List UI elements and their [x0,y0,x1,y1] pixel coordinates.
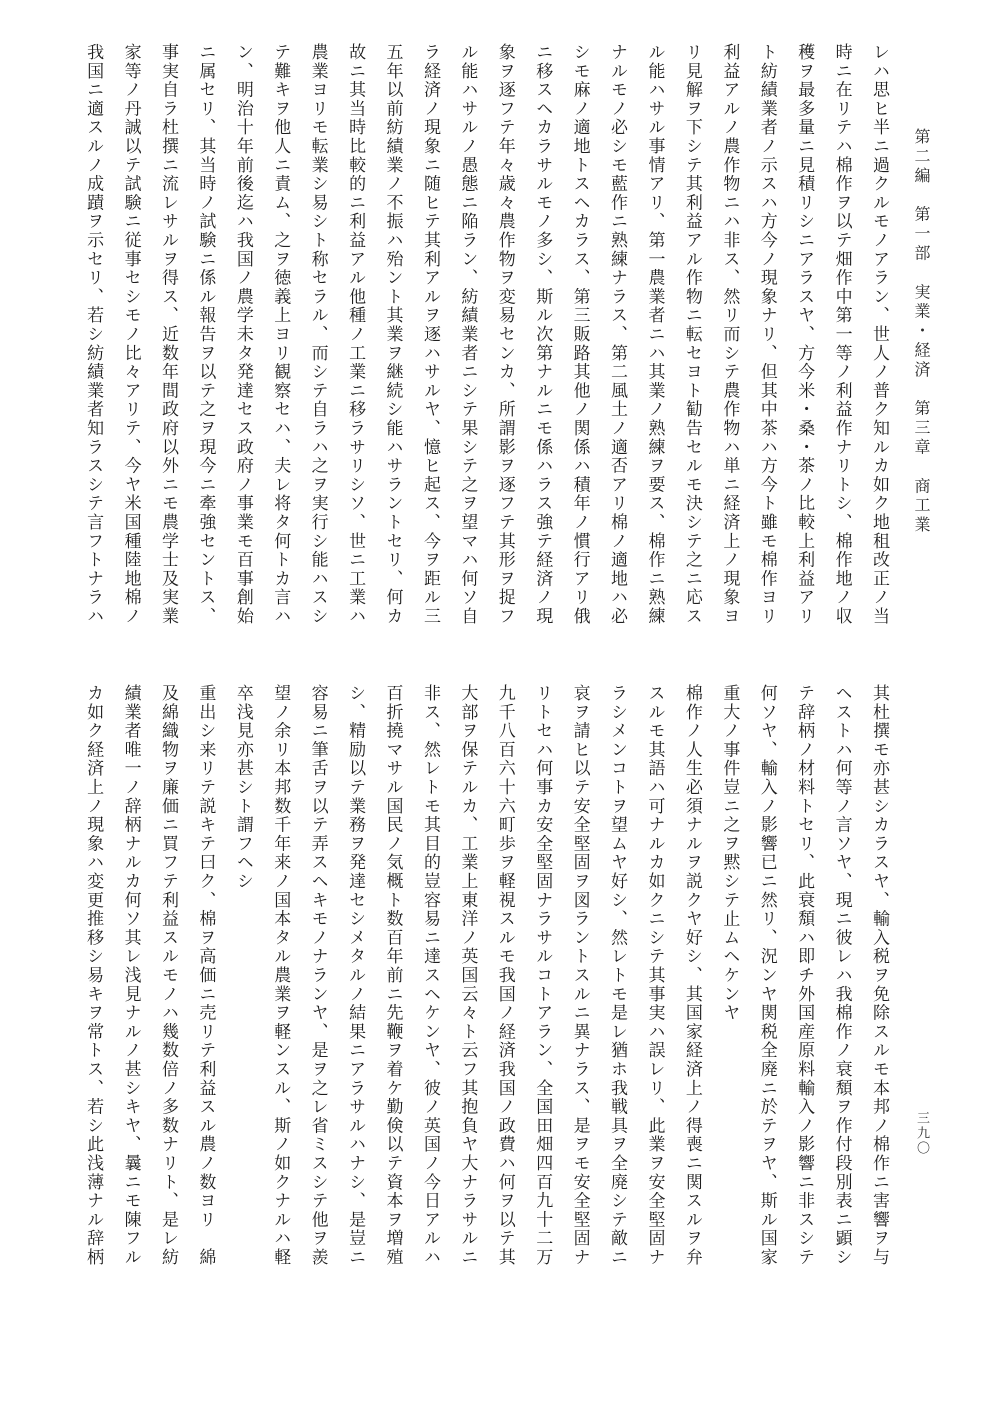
text-column: 事実自ラ杜撰ニ流レサルヲ得ス、近数年間政府以外ニモ農学士及実業 [149,43,186,635]
text-column: ナルモノ必シモ藍作ニ熟練ナラス、第二風土ノ適否アリ棉ノ適地ハ必 [598,43,635,635]
text-column: レハ思ヒ半ニ過クルモノアラン、世人ノ普ク知ルカ如ク地租改正ノ当 [860,43,897,635]
text-column: シモ麻ノ適地トスヘカラス、第三販路其他ノ関係ハ積年ノ慣行アリ俄 [560,43,597,635]
text-column: ル能ハサルノ愚態ニ陥ラン、紡績業者ニシテ果シテ之ヲ望マハ何ソ自 [448,43,485,635]
book-page: 第二編 第一部 実業・経済 第三章 商工業 レハ思ヒ半ニ過クルモノアラン、世人ノ… [0,0,1004,1408]
text-column: 百折撓マサル国民ノ気概ト数百年前ニ先鞭ヲ着ケ勤倹以テ資本ヲ増殖 [373,684,410,1276]
running-header: 第二編 第一部 実業・経済 第三章 商工業 [908,128,934,548]
text-column: 利益アルノ農作物ニハ非ス、然リ而シテ農作物ハ単ニ経済上ノ現象ヨ [710,43,747,635]
text-column: リトセハ何事カ安全堅固ナラサルコトアラン、全国田畑四百九十二万 [523,684,560,1276]
text-column: スルモ其語ハ可ナルカ如クニシテ其事実ハ誤レリ、此業ヲ安全堅固ナ [635,684,672,1276]
text-column: 時ニ在リテハ棉作ヲ以テ畑作中第一等ノ利益作ナリトシ、棉作地ノ収 [822,43,859,635]
text-column: テ辞柄ノ材料トセリ、此衰頽ハ即チ外国産原料輸入ノ影響ニ非スシテ [785,684,822,1276]
text-column: 家等ノ丹誠以テ試験ニ従事セシモノ比々アリテ、今ヤ米国種陸地棉ノ [111,43,148,635]
text-column: 重大ノ事件豈ニ之ヲ黙シテ止ムヘケンヤ [710,684,747,1276]
text-column: 大部ヲ保テルカ、工業上東洋ノ英国云々ト云フ其抱負ヤ大ナラサルニ [448,684,485,1276]
text-column: 農業ヨリモ転業シ易シト称セラル、而シテ自ラハ之ヲ実行シ能ハスシ [298,43,335,635]
text-column: ラ経済ノ現象ニ随ヒテ其利アルヲ逐ハサルヤ、憶ヒ起ス、今ヲ距ル三 [411,43,448,635]
text-column: 及綿織物ヲ廉価ニ買フテ利益スルモノハ幾数倍ノ多数ナリト、是レ紡 [149,684,186,1276]
upper-text-block: レハ思ヒ半ニ過クルモノアラン、世人ノ普ク知ルカ如ク地租改正ノ当 時ニ在リテハ棉作… [74,43,897,635]
text-column: 九千八百六十六町歩ヲ軽視スルモ我国ノ経済我国ノ政費ハ何ヲ以テ其 [485,684,522,1276]
text-column: 哀ヲ請ヒ以テ安全堅固ヲ図ラントスルニ異ナラス、是ヲモ安全堅固ナ [560,684,597,1276]
text-column: ト紡績業者ノ示スハ方今ノ現象ナリ、但其中茶ハ方今ト雖モ棉作ヨリ [747,43,784,635]
text-column: 故ニ其当時比較的ニ利益アル他種ノ工業ニ移ラサリシソ、世ニ工業ハ [336,43,373,635]
text-column: ニ移スヘカラサルモノ多シ、斯ル次第ナルニモ係ハラス強テ経済ノ現 [523,43,560,635]
text-column: ラシメンコトヲ望ムヤ好シ、然レトモ是レ猶ホ我戦具ヲ全廃シテ敵ニ [598,684,635,1276]
page-number: 三九〇 [910,1111,932,1171]
text-column: ニ属セリ、其当時ノ試験ニ係ル報告ヲ以テ之ヲ現今ニ牽強セントス、 [186,43,223,635]
text-column: 其杜撰モ亦甚シカラスヤ、輸入税ヲ免除スルモ本邦ノ棉作ニ害響ヲ与 [860,684,897,1276]
text-column: シ、精励以テ業務ヲ発達セシメタルノ結果ニアラサルハナシ、是豈ニ [336,684,373,1276]
text-column: 何ソヤ、輸入ノ影響已ニ然リ、況ンヤ関税全廃ニ於テヲヤ、斯ル国家 [747,684,784,1276]
text-column: リ見解ヲ下シテ其利益アル作物ニ転セヨト勧告セルモ決シテ之ニ応ス [672,43,709,635]
text-column: カ如ク経済上ノ現象ハ変更推移シ易キヲ常トス、若シ此浅薄ナル辞柄 [74,684,111,1276]
text-column: 容易ニ筆舌ヲ以テ弄スヘキモノナランヤ、是ヲ之レ省ミスシテ他ヲ羨 [298,684,335,1276]
text-column: 穫ヲ最多量ニ見積リシニアラスヤ、方今米・桑・茶ノ比較上利益アリ [785,43,822,635]
text-column: 重出シ来リテ説キテ曰ク、棉ヲ高価ニ売リテ利益スル農ノ数ヨリ 綿 [186,684,223,1276]
text-column: 象ヲ逐フテ年々歳々農作物ヲ変易センカ、所謂影ヲ逐フテ其形ヲ捉フ [485,43,522,635]
lower-text-block: 其杜撰モ亦甚シカラスヤ、輸入税ヲ免除スルモ本邦ノ棉作ニ害響ヲ与 ヘストハ何等ノ言… [74,684,897,1276]
text-column: ル能ハサル事情アリ、第一農業者ニハ其業ノ熟練ヲ要ス、棉作ニ熟練 [635,43,672,635]
text-column: 棉作ノ人生必須ナルヲ説クヤ好シ、其国家経済上ノ得喪ニ関スルヲ弁 [672,684,709,1276]
text-column: テ難キヲ他人ニ責ム、之ヲ徳義上ヨリ観察セハ、夫レ将タ何トカ言ハ [261,43,298,635]
text-column: ヘストハ何等ノ言ソヤ、現ニ彼レハ我棉作ノ衰頽ヲ作付段別表ニ顕シ [822,684,859,1276]
text-column: 非ス、然レトモ其目的豈容易ニ達スヘケンヤ、彼ノ英国ノ今日アルハ [411,684,448,1276]
text-column: 望ノ余リ本邦数千年来ノ国本タル農業ヲ軽ンスル、斯ノ如クナルハ軽 [261,684,298,1276]
text-column: 績業者唯一ノ辞柄ナルカ何ソ其レ浅見ナルノ甚シキヤ、曩ニモ陳フル [111,684,148,1276]
text-column: ン、明治十年前後迄ハ我国ノ農学未タ発達セス政府ノ事業モ百事創始 [223,43,260,635]
text-column: 卒浅見亦甚シト謂フヘシ [223,684,260,1276]
text-column: 我国ニ適スルノ成蹟ヲ示セリ、若シ紡績業者知ラスシテ言フトナラハ [74,43,111,635]
text-column: 五年以前紡績業ノ不振ハ殆ント其業ヲ継続シ能ハサラントセリ、何カ [373,43,410,635]
